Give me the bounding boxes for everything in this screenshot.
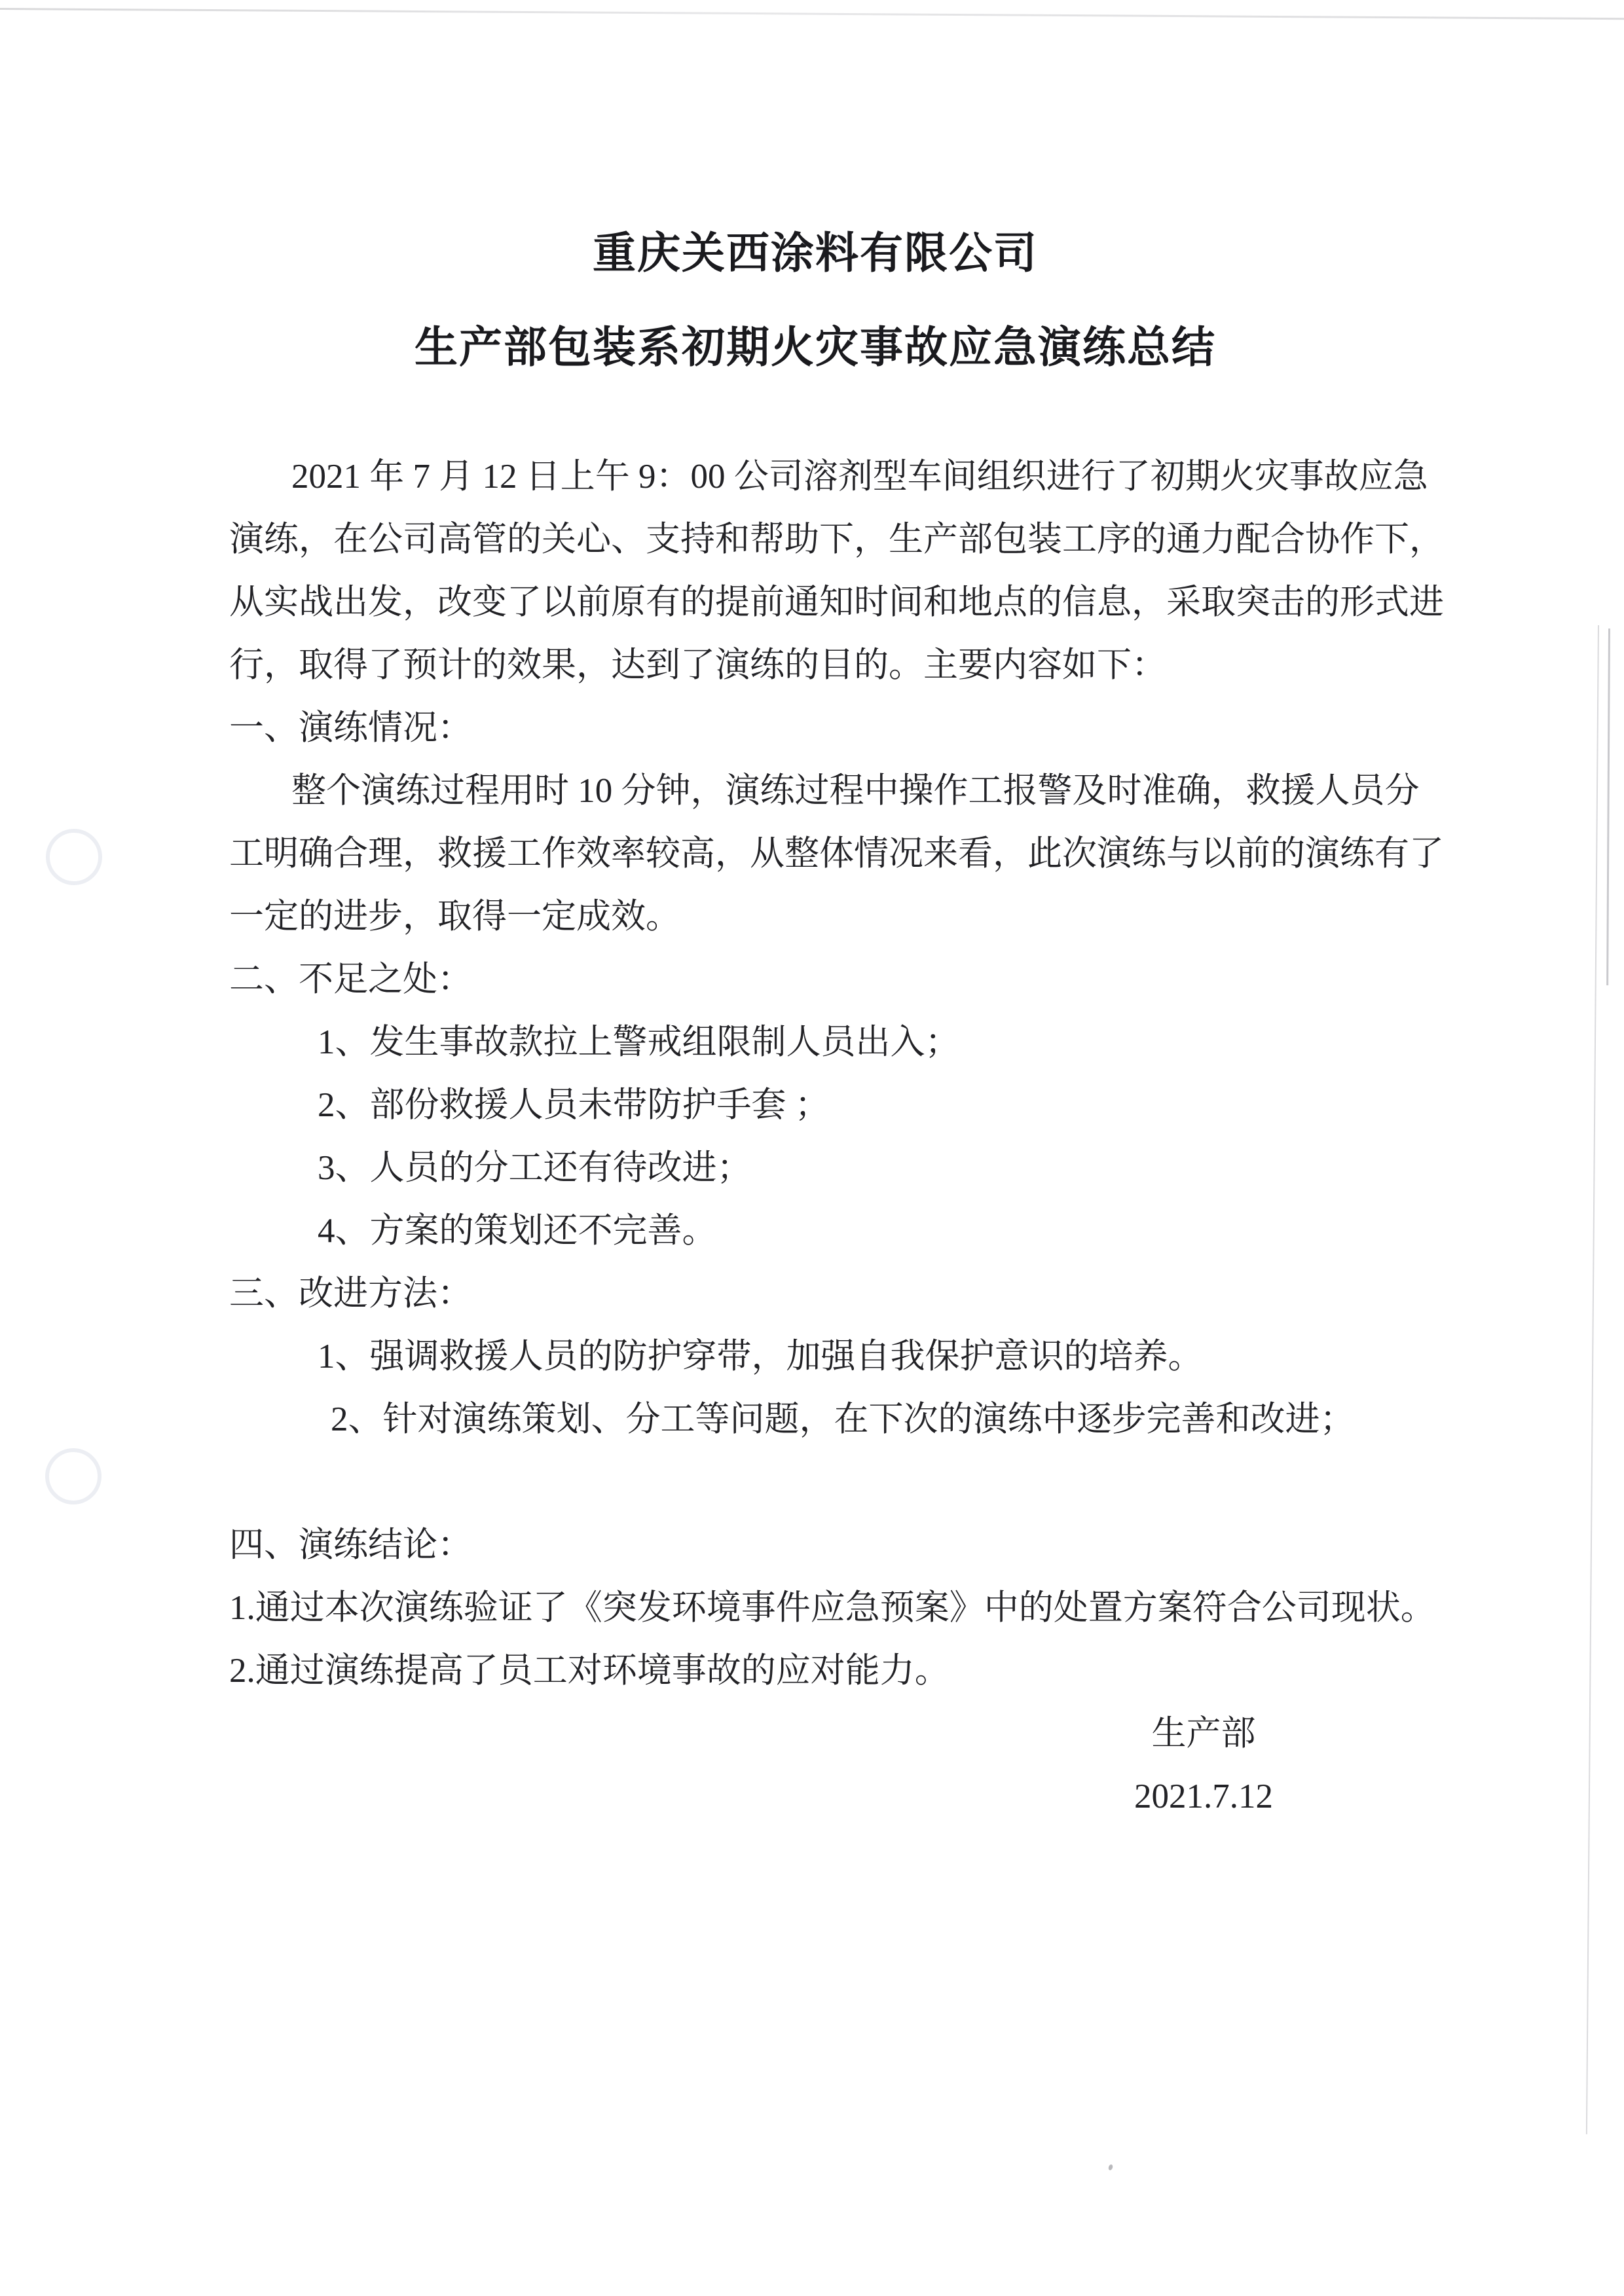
section-4-heading: 四、演练结论： bbox=[229, 1514, 1401, 1576]
blank-line bbox=[229, 1451, 1401, 1514]
section-1-line-1: 整个演练过程用时 10 分钟，演练过程中操作工报警及时准确，救援人员分 bbox=[229, 759, 1401, 822]
section-4: 四、演练结论： 1.通过本次演练验证了《突发环境事件应急预案》中的处置方案符合公… bbox=[229, 1514, 1401, 1702]
section-2-item-3: 3、人员的分工还有待改进； bbox=[229, 1137, 1401, 1199]
intro-line-2: 演练，在公司高管的关心、支持和帮助下，生产部包装工序的通力配合协作下， bbox=[229, 508, 1401, 571]
signature-date: 2021.7.12 bbox=[1073, 1765, 1335, 1828]
scanned-document-page: 重庆关西涂料有限公司 生产部包装系初期火灾事故应急演练总结 2021 年 7 月… bbox=[0, 0, 1624, 2296]
hole-punch-mark-top bbox=[46, 829, 102, 885]
section-3-item-1: 1、强调救援人员的防护穿带，加强自我保护意识的培养。 bbox=[229, 1325, 1401, 1388]
section-2-item-4: 4、方案的策划还不完善。 bbox=[229, 1199, 1401, 1262]
scan-artifact-right-line bbox=[1586, 625, 1599, 2134]
section-3-heading: 三、改进方法： bbox=[229, 1262, 1401, 1325]
section-3-item-2: 2、针对演练策划、分工等问题，在下次的演练中逐步完善和改进； bbox=[229, 1388, 1401, 1451]
section-1-line-3: 一定的进步，取得一定成效。 bbox=[229, 885, 1401, 948]
signature-block: 生产部 2021.7.12 bbox=[1073, 1702, 1335, 1828]
section-3: 三、改进方法： 1、强调救援人员的防护穿带，加强自我保护意识的培养。 2、针对演… bbox=[229, 1262, 1401, 1451]
signature-department: 生产部 bbox=[1073, 1702, 1335, 1765]
section-4-item-1: 1.通过本次演练验证了《突发环境事件应急预案》中的处置方案符合公司现状。 bbox=[229, 1576, 1401, 1639]
section-2-item-2: 2、部份救援人员未带防护手套 ； bbox=[229, 1074, 1401, 1137]
section-4-item-2: 2.通过演练提高了员工对环境事故的应对能力。 bbox=[229, 1639, 1401, 1702]
section-2: 二、不足之处： 1、发生事故款拉上警戒组限制人员出入； 2、部份救援人员未带防护… bbox=[229, 948, 1401, 1262]
scan-speck bbox=[1108, 2164, 1114, 2171]
intro-line-4: 行，取得了预计的效果，达到了演练的目的。主要内容如下： bbox=[229, 634, 1401, 697]
intro-paragraph: 2021 年 7 月 12 日上午 9：00 公司溶剂型车间组织进行了初期火灾事… bbox=[229, 445, 1401, 697]
section-2-heading: 二、不足之处： bbox=[229, 948, 1401, 1011]
section-2-item-1: 1、发生事故款拉上警戒组限制人员出入； bbox=[229, 1011, 1401, 1074]
document-content: 重庆关西涂料有限公司 生产部包装系初期火灾事故应急演练总结 2021 年 7 月… bbox=[229, 0, 1401, 1828]
section-1: 一、演练情况： 整个演练过程用时 10 分钟，演练过程中操作工报警及时准确，救援… bbox=[229, 697, 1401, 948]
hole-punch-mark-bottom bbox=[45, 1448, 101, 1504]
company-title: 重庆关西涂料有限公司 bbox=[229, 228, 1401, 280]
intro-line-1: 2021 年 7 月 12 日上午 9：00 公司溶剂型车间组织进行了初期火灾事… bbox=[229, 445, 1401, 508]
intro-line-3: 从实战出发，改变了以前原有的提前通知时间和地点的信息，采取突击的形式进 bbox=[229, 571, 1401, 634]
document-title: 生产部包装系初期火灾事故应急演练总结 bbox=[229, 322, 1401, 374]
section-1-line-2: 工明确合理，救援工作效率较高，从整体情况来看，此次演练与以前的演练有了 bbox=[229, 822, 1401, 885]
section-1-heading: 一、演练情况： bbox=[229, 697, 1401, 759]
scan-artifact-right-line-dark bbox=[1606, 629, 1610, 985]
